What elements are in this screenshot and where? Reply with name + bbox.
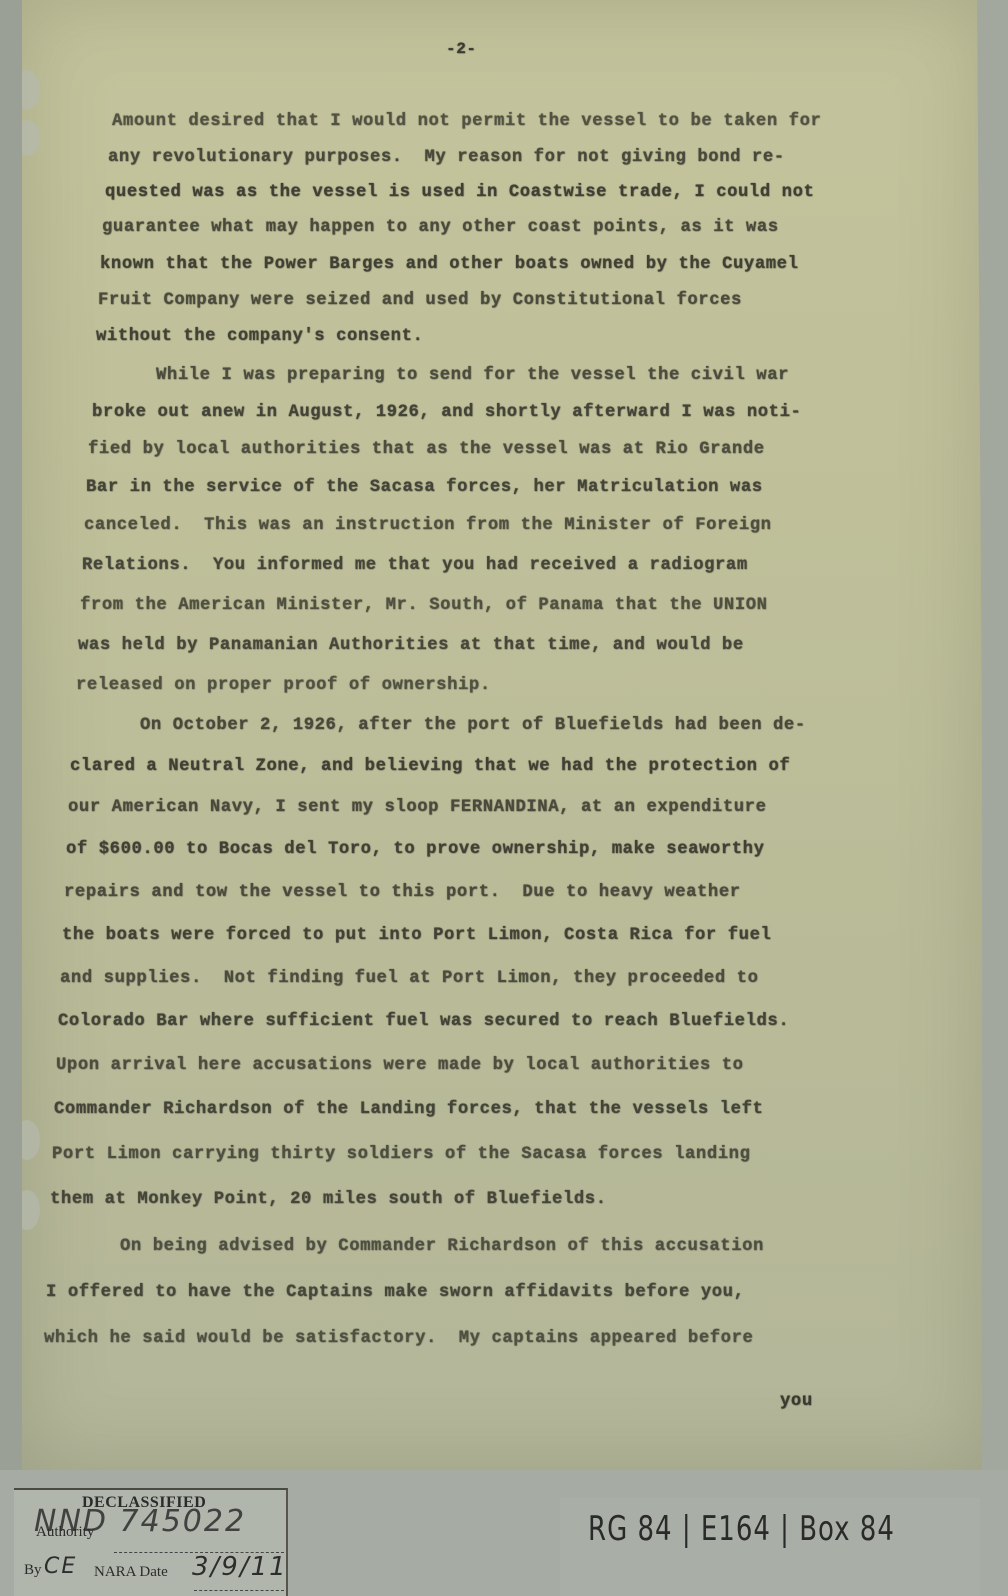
text-line: Port Limon carrying thirty soldiers of t…: [52, 1145, 751, 1164]
text-line: without the company's consent.: [96, 327, 423, 346]
stamp-rule: [194, 1590, 284, 1591]
text-line: Upon arrival here accusations were made …: [56, 1056, 744, 1075]
stamp-by-label: By: [24, 1562, 42, 1579]
text-line: known that the Power Barges and other bo…: [100, 255, 799, 274]
text-line: of $600.00 to Bocas del Toro, to prove o…: [66, 840, 765, 859]
punch-hole: [14, 1190, 40, 1230]
punch-hole: [14, 120, 40, 156]
text-line: which he said would be satisfactory. My …: [44, 1329, 753, 1348]
catchword: you: [780, 1392, 813, 1411]
declassification-stamp: DECLASSIFIED Authority NND 745022 By CE …: [14, 1488, 288, 1596]
text-line: was held by Panamanian Authorities at th…: [78, 636, 744, 655]
text-line: Amount desired that I would not permit t…: [112, 112, 821, 131]
stamp-date-value: 3/9/11: [192, 1552, 288, 1582]
text-line: repairs and tow the vessel to this port.…: [64, 883, 741, 902]
punch-hole: [14, 1120, 40, 1160]
text-line: On being advised by Commander Richardson…: [120, 1237, 764, 1256]
text-line: any revolutionary purposes. My reason fo…: [108, 148, 785, 167]
page-number: -2-: [446, 40, 477, 58]
text-line: and supplies. Not finding fuel at Port L…: [60, 969, 759, 988]
text-line: On October 2, 1926, after the port of Bl…: [140, 716, 806, 735]
text-line: Bar in the service of the Sacasa forces,…: [86, 478, 763, 497]
text-line: the boats were forced to put into Port L…: [62, 926, 771, 945]
text-line: from the American Minister, Mr. South, o…: [80, 596, 768, 615]
text-line: our American Navy, I sent my sloop FERNA…: [68, 798, 767, 817]
stamp-authority-value: NND 745022: [34, 1504, 246, 1539]
stamp-by-value: CE: [44, 1554, 77, 1579]
text-line: canceled. This was an instruction from t…: [84, 516, 772, 535]
text-line: Relations. You informed me that you had …: [82, 556, 748, 575]
text-line: Fruit Company were seized and used by Co…: [98, 291, 742, 310]
stamp-agency-date-label: NARA Date: [94, 1564, 168, 1581]
text-line: Colorado Bar where sufficient fuel was s…: [58, 1012, 789, 1031]
archive-reference: RG 84 | E164 | Box 84: [588, 1510, 895, 1549]
punch-hole: [14, 70, 40, 110]
text-line: guarantee what may happen to any other c…: [102, 218, 779, 237]
text-line: quested was as the vessel is used in Coa…: [105, 183, 814, 202]
text-line: While I was preparing to send for the ve…: [156, 366, 789, 385]
text-line: I offered to have the Captains make swor…: [46, 1283, 745, 1302]
text-line: broke out anew in August, 1926, and shor…: [92, 403, 801, 422]
text-line: clared a Neutral Zone, and believing tha…: [70, 757, 790, 776]
text-line: fied by local authorities that as the ve…: [88, 440, 765, 459]
text-line: released on proper proof of ownership.: [76, 676, 491, 695]
text-line: them at Monkey Point, 20 miles south of …: [50, 1190, 607, 1209]
text-line: Commander Richardson of the Landing forc…: [54, 1100, 763, 1119]
